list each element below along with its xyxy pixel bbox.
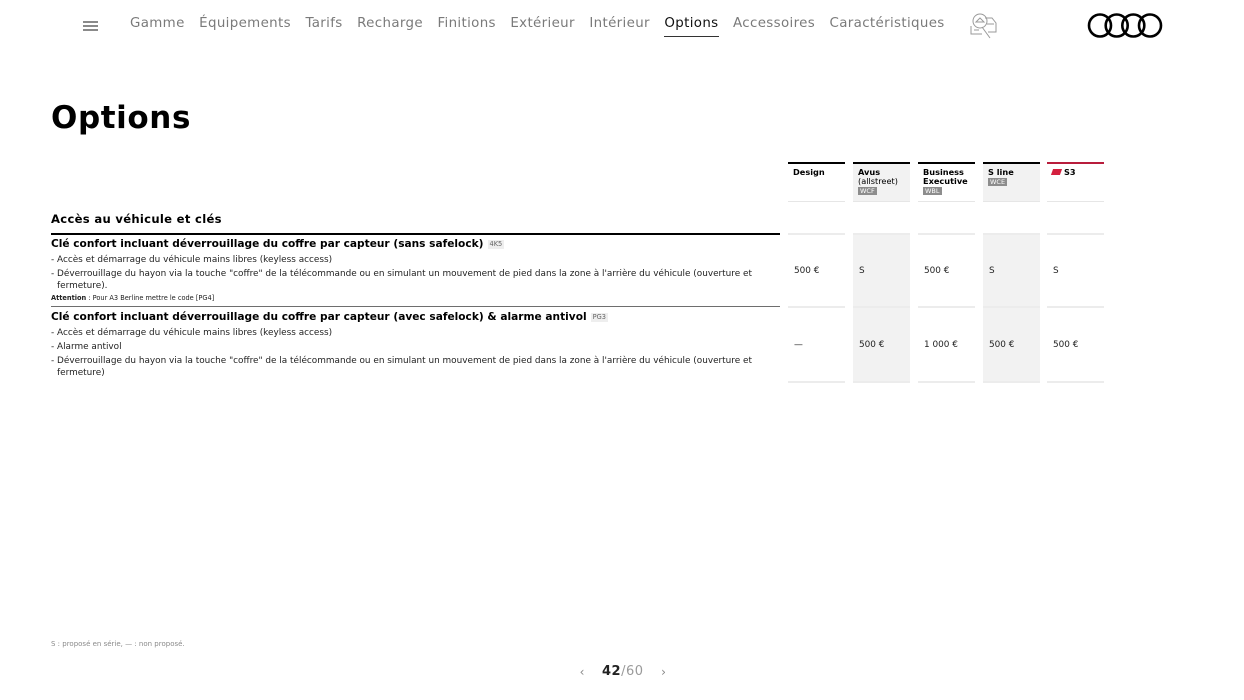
- price-cell-avus: S: [853, 235, 910, 306]
- section-divider: [51, 233, 780, 235]
- attention-text: : Pour A3 Berline mettre le code [PG4]: [86, 294, 214, 302]
- nav-item-recharge[interactable]: Recharge: [357, 14, 423, 34]
- price-cell-avus: 500 €: [853, 308, 910, 381]
- divider: [1047, 381, 1104, 383]
- price-cell-design: 500 €: [788, 235, 845, 306]
- nav-item-accessoires[interactable]: Accessoires: [733, 14, 815, 34]
- price-cell-s3: 500 €: [1047, 308, 1104, 381]
- page-total: /60: [621, 664, 643, 679]
- price-cell-s-line: S: [983, 235, 1040, 306]
- column-code-badge: WCE: [988, 178, 1007, 186]
- price-cell-business-executive: 1 000 €: [918, 308, 975, 381]
- column-code-badge: WCF: [858, 187, 877, 195]
- option-attention: Attention : Pour A3 Berline mettre le co…: [51, 293, 780, 303]
- s-badge-icon: [1051, 169, 1062, 175]
- option-title: Clé confort incluant déverrouillage du c…: [51, 309, 780, 325]
- divider: [918, 201, 975, 202]
- price-cell-s3: S: [1047, 235, 1104, 306]
- divider: [853, 201, 910, 202]
- pagination: ‹ 42 /60 ›: [574, 664, 672, 679]
- nav-item-exterieur[interactable]: Extérieur: [510, 14, 574, 34]
- option-detail: - Accès et démarrage du véhicule mains l…: [51, 327, 780, 339]
- column-header-s3: S3: [1047, 162, 1104, 201]
- option-title-text: Clé confort incluant déverrouillage du c…: [51, 311, 587, 323]
- column-name: S3: [1064, 167, 1076, 177]
- column-header-design: Design: [788, 162, 845, 201]
- price-cell-s-line: 500 €: [983, 308, 1040, 381]
- option-detail: - Alarme antivol: [51, 341, 780, 353]
- section-title: Accès au véhicule et clés: [51, 212, 222, 226]
- column-header-s-line: S line WCE: [983, 162, 1040, 201]
- option-title: Clé confort incluant déverrouillage du c…: [51, 236, 780, 252]
- divider: [788, 201, 845, 202]
- row-divider: [51, 306, 780, 307]
- price-cell-business-executive: 500 €: [918, 235, 975, 306]
- nav-item-interieur[interactable]: Intérieur: [589, 14, 650, 34]
- audi-logo[interactable]: [1087, 12, 1163, 39]
- nav-item-equipements[interactable]: Équipements: [199, 14, 291, 34]
- divider: [853, 381, 910, 383]
- attention-label: Attention: [51, 294, 86, 302]
- column-header-avus: Avus (allstreet) WCF: [853, 162, 910, 201]
- page-title: Options: [51, 100, 191, 136]
- chevron-left-icon[interactable]: ‹: [574, 665, 590, 679]
- top-navigation: Gamme Équipements Tarifs Recharge Finiti…: [0, 0, 1244, 50]
- nav-item-tarifs[interactable]: Tarifs: [305, 14, 342, 34]
- option-detail: - Accès et démarrage du véhicule mains l…: [51, 254, 780, 266]
- hamburger-menu-icon[interactable]: [83, 18, 98, 32]
- option-detail: - Déverrouillage du hayon via la touche …: [51, 268, 780, 292]
- car-configurator-icon[interactable]: [968, 10, 1000, 40]
- legend-note: S : proposé en série, — : non proposé.: [51, 640, 185, 648]
- divider: [1047, 201, 1104, 202]
- option-row: Clé confort incluant déverrouillage du c…: [51, 309, 780, 382]
- divider: [918, 381, 975, 383]
- column-header-business-executive: Business Executive WBL: [918, 162, 975, 201]
- chevron-right-icon[interactable]: ›: [656, 665, 672, 679]
- divider: [983, 201, 1040, 202]
- nav-item-options[interactable]: Options: [664, 14, 718, 34]
- option-code-badge: PG3: [591, 313, 608, 322]
- option-title-text: Clé confort incluant déverrouillage du c…: [51, 238, 484, 250]
- column-subname: (allstreet): [858, 177, 910, 186]
- column-name: Design: [793, 167, 825, 177]
- page-current: 42: [602, 664, 621, 679]
- option-detail: - Déverrouillage du hayon via la touche …: [51, 355, 780, 379]
- column-name: S line: [988, 168, 1040, 177]
- column-code-badge: WBL: [923, 187, 942, 195]
- nav-item-finitions[interactable]: Finitions: [437, 14, 495, 34]
- nav-item-gamme[interactable]: Gamme: [130, 14, 185, 34]
- option-row: Clé confort incluant déverrouillage du c…: [51, 236, 780, 306]
- price-cell-design: —: [788, 308, 845, 381]
- option-code-badge: 4K5: [488, 240, 505, 249]
- divider: [788, 381, 845, 383]
- column-name-line2: Executive: [923, 177, 975, 186]
- nav-menu: Gamme Équipements Tarifs Recharge Finiti…: [130, 14, 959, 34]
- nav-item-caracteristiques[interactable]: Caractéristiques: [830, 14, 945, 34]
- divider: [983, 381, 1040, 383]
